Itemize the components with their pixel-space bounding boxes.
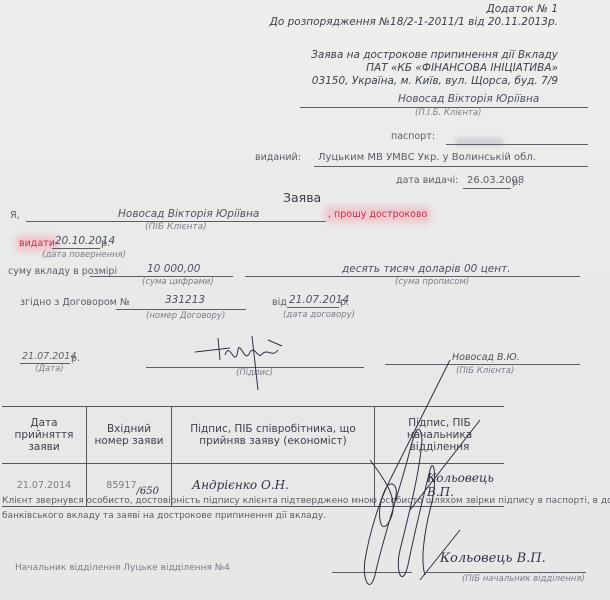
confirmation-line-2: банківського вкладу та заяві на достроко… <box>2 509 326 524</box>
contract-number-caption: (номер Договору) <box>146 311 225 321</box>
contract-label: згідно з Договором № <box>20 297 130 308</box>
passport-value-redacted <box>455 131 503 150</box>
amount-digits: 10 000,00 <box>147 263 200 275</box>
i-label: Я, <box>10 210 20 221</box>
request-text: , прошу достроково <box>327 209 428 220</box>
client-full-name: Новосад Вікторія Юріївна <box>398 93 539 105</box>
sign-date-suffix: р. <box>71 353 80 364</box>
application-client-name-caption: (ПІБ Клієнта) <box>145 222 207 232</box>
request-text-highlight: , прошу достроково <box>327 209 428 220</box>
contract-number: 331213 <box>165 294 205 306</box>
passport-label: паспорт: <box>391 131 435 142</box>
document-subject: Заява на дострокове припинення дії Вклад… <box>311 49 558 61</box>
incoming-number-main: 85917 <box>106 480 136 491</box>
branch-head-title: Начальник відділення Луцьке відділення №… <box>15 563 230 573</box>
order-reference: До розпорядження №18/2-1-2011/1 від 20.1… <box>270 16 558 28</box>
return-date-suffix: р. <box>101 238 110 249</box>
application-client-name: Новосад Вікторія Юріївна <box>118 208 259 220</box>
bank-address: 03150, Україна, м. Київ, вул. Щорса, буд… <box>312 75 558 87</box>
return-date-caption: (дата повернення) <box>42 250 126 260</box>
application-title: Заява <box>283 190 321 205</box>
sign-date-caption: (Дата) <box>35 364 64 374</box>
contract-date-caption: (дата договору) <box>283 310 355 320</box>
client-full-name-caption: (П.І.Б. Клієнта) <box>415 108 481 118</box>
sign-date: 21.07.2014 <box>22 351 76 362</box>
header-incoming-number: Вхідний номер заяви <box>87 407 172 464</box>
bank-name: ПАТ «КБ «ФІНАНСОВА ІНІЦІАТИВА» <box>366 62 558 74</box>
issue-date-label: дата видачі: <box>396 175 458 186</box>
contract-date-label: від <box>272 297 287 308</box>
issue-label: видати <box>18 238 56 249</box>
header-date: Дата прийняття заяви <box>2 407 87 464</box>
document-page: Додаток № 1 До розпорядження №18/2-1-201… <box>0 0 610 600</box>
amount-digits-caption: (сума цифрами) <box>142 277 214 287</box>
issue-label-highlight: видати <box>18 238 56 249</box>
client-signature <box>190 330 300 390</box>
confirmation-line-1: Клієнт звернувся особисто, достовірність… <box>2 494 610 509</box>
contract-date-suffix: р. <box>340 297 349 308</box>
issued-by-value: Луцьким МВ УМВС Укр. у Волинській обл. <box>318 152 536 163</box>
amount-words-caption: (сума прописом) <box>395 277 469 287</box>
issue-date-suffix: р. <box>512 177 521 188</box>
issued-by-label: виданий: <box>255 152 301 163</box>
branch-head-signature <box>330 360 490 600</box>
appendix-label: Додаток № 1 <box>487 3 558 15</box>
amount-words: десять тисяч доларів 00 цент. <box>342 263 511 275</box>
